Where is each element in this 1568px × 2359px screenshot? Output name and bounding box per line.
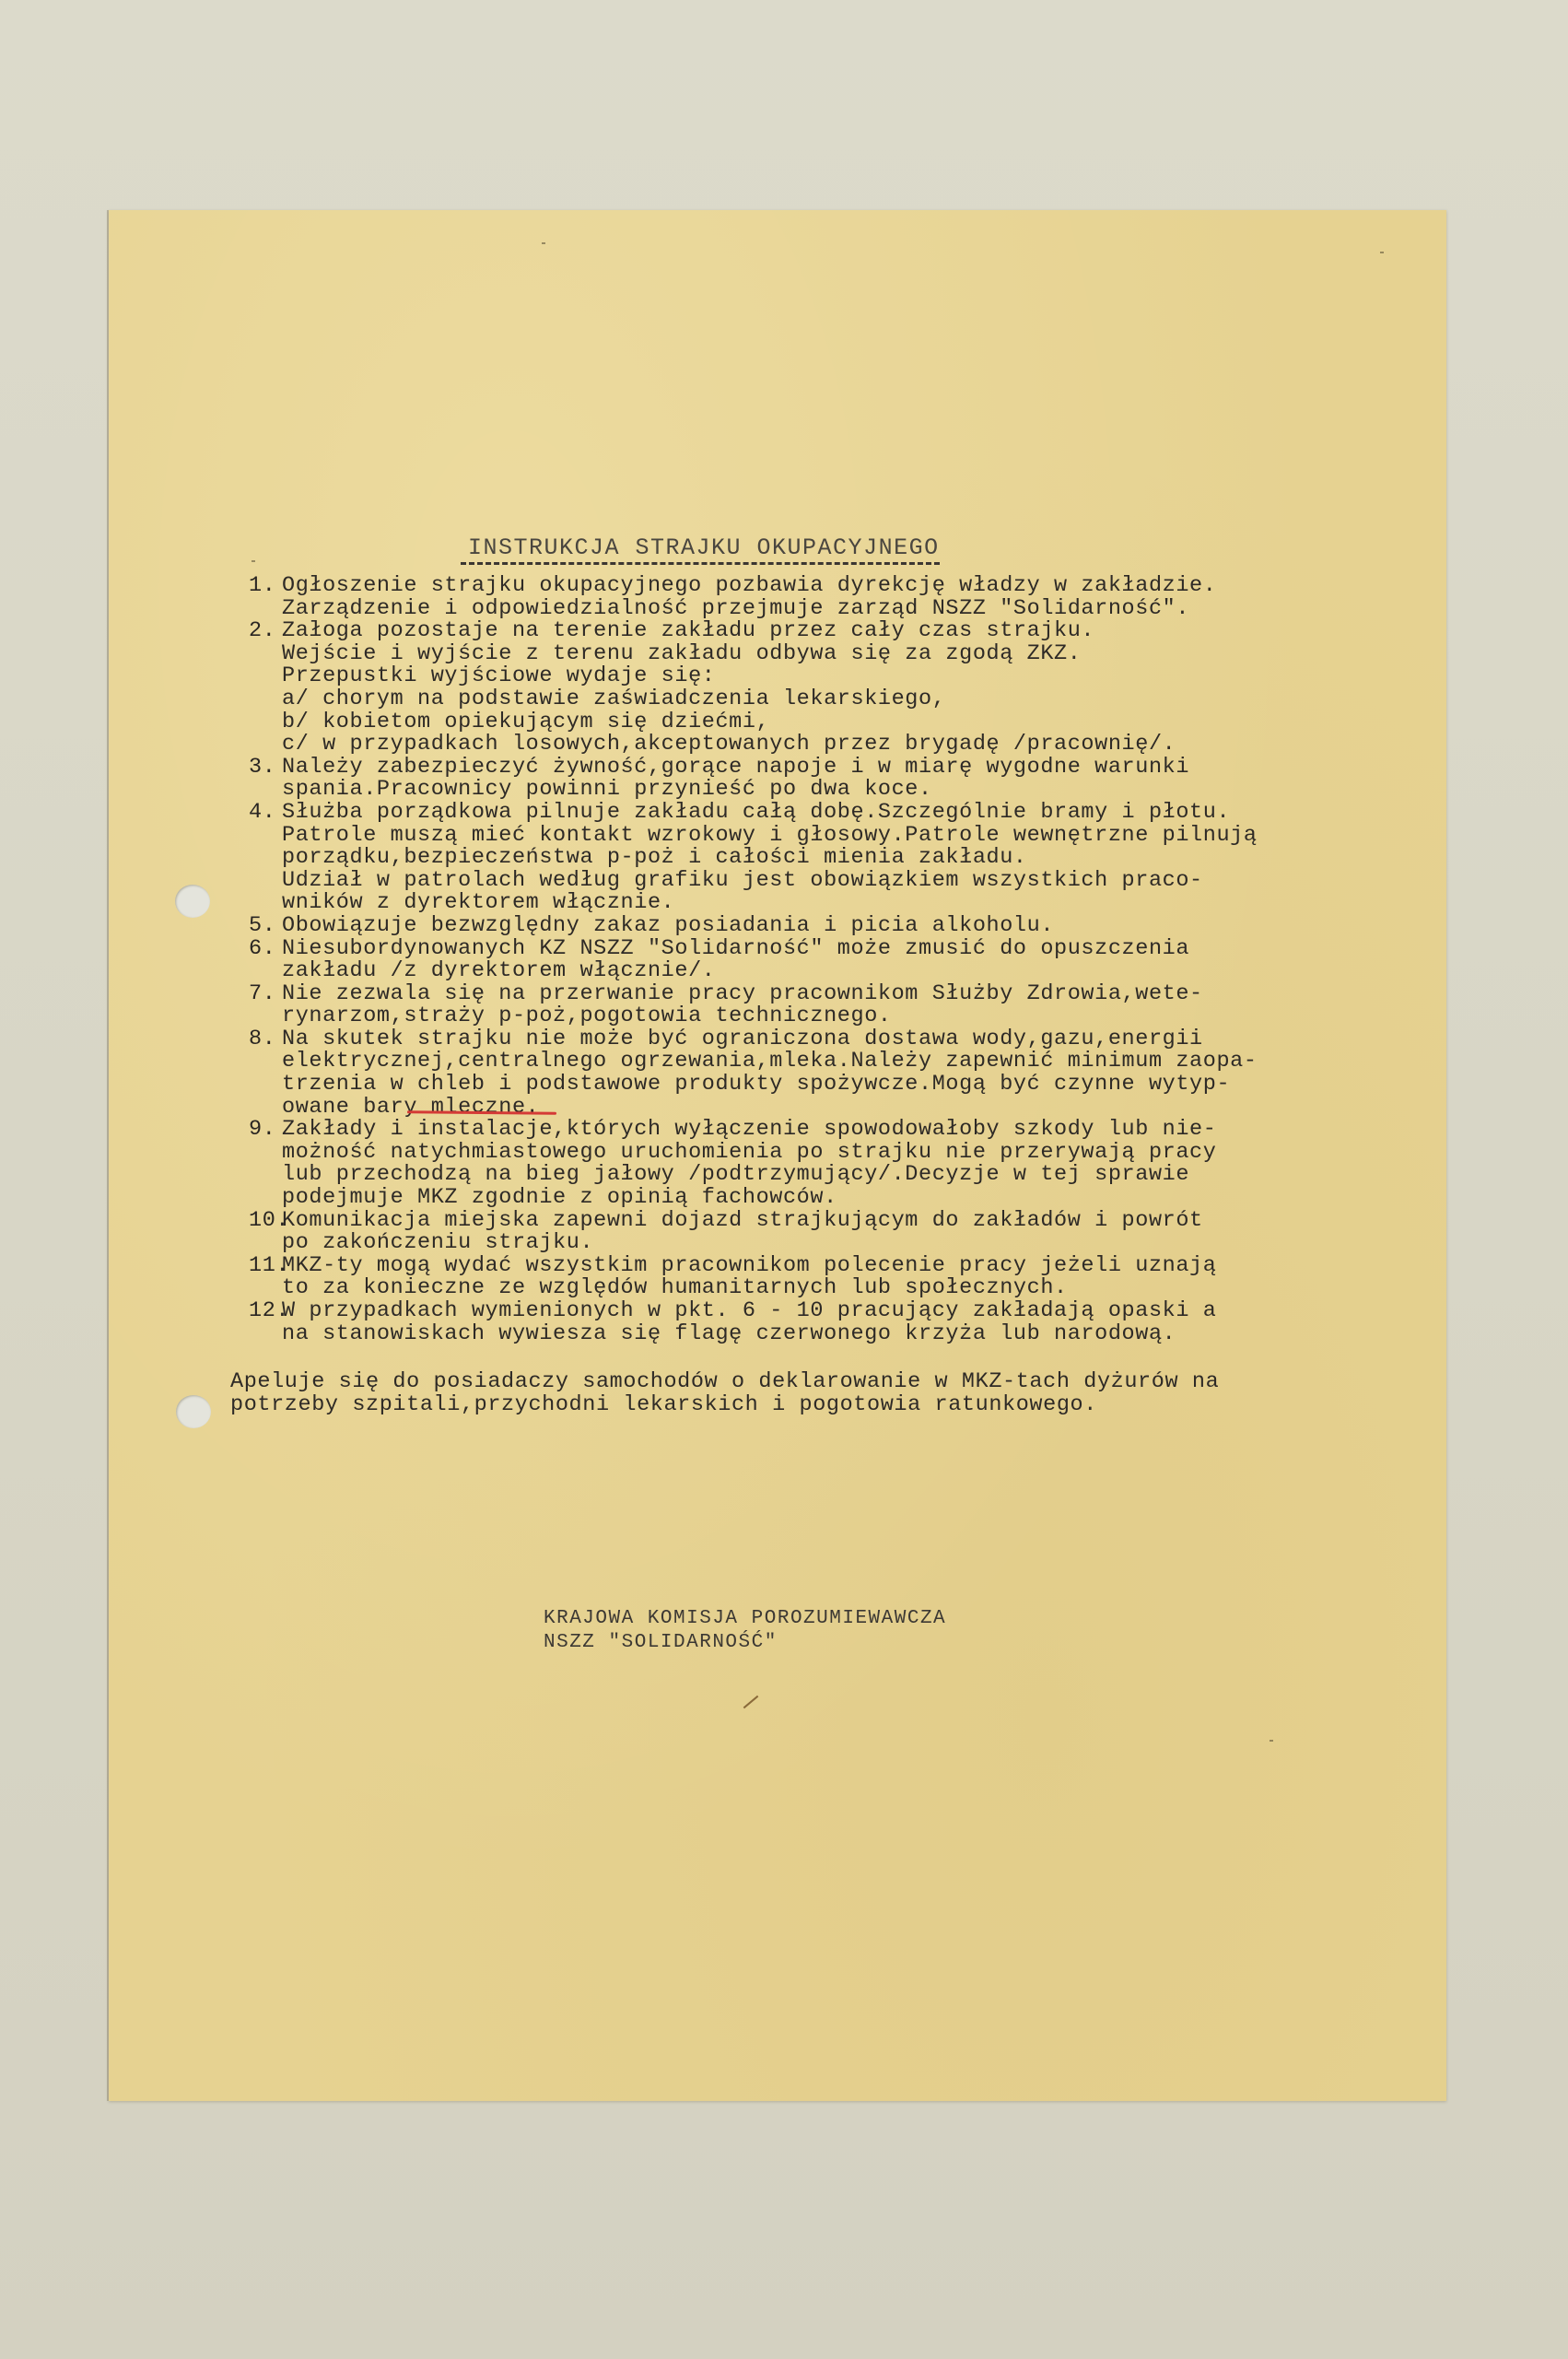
item-line: Należy zabezpieczyć żywność,gorące napoj… — [282, 757, 1336, 780]
item-line: Udział w patrolach według grafiku jest o… — [282, 870, 1336, 893]
list-item-2: 2. Załoga pozostaje na terenie zakładu p… — [249, 620, 1336, 757]
sub-item-a: a/ chorym na podstawie zaświadczenia lek… — [282, 688, 1336, 711]
appeal-paragraph: Apeluje się do posiadaczy samochodów o d… — [230, 1371, 1336, 1416]
item-line: zakładu /z dyrektorem włącznie/. — [282, 960, 1336, 983]
item-line: lub przechodzą na bieg jałowy /podtrzymu… — [282, 1164, 1336, 1187]
instruction-list: 1. Ogłoszenie strajku okupacyjnego pozba… — [249, 575, 1336, 1416]
item-line: Załoga pozostaje na terenie zakładu prze… — [282, 620, 1336, 643]
paper-speck — [1270, 1740, 1273, 1742]
item-line: Zakłady i instalacje,których wyłączenie … — [282, 1119, 1336, 1142]
list-item-1: 1. Ogłoszenie strajku okupacyjnego pozba… — [249, 575, 1336, 620]
item-line: Komunikacja miejska zapewni dojazd straj… — [282, 1210, 1336, 1233]
list-item-11: 11. MKZ-ty mogą wydać wszystkim pracowni… — [249, 1255, 1336, 1300]
item-number: 5. — [249, 915, 282, 938]
item-line: Służba porządkowa pilnuje zakładu całą d… — [282, 802, 1336, 825]
list-item-9: 9. Zakłady i instalacje,których wyłączen… — [249, 1119, 1336, 1209]
list-item-3: 3. Należy zabezpieczyć żywność,gorące na… — [249, 757, 1336, 802]
item-line: W przypadkach wymienionych w pkt. 6 - 10… — [282, 1300, 1336, 1323]
item-line: Zarządzenie i odpowiedzialność przejmuje… — [282, 598, 1336, 621]
item-line: rynarzom,straży p-poż,pogotowia technicz… — [282, 1005, 1336, 1028]
list-item-5: 5. Obowiązuje bezwzględny zakaz posiadan… — [249, 915, 1336, 938]
item-line: podejmuje MKZ zgodnie z opinią fachowców… — [282, 1187, 1336, 1210]
punch-hole-top — [175, 885, 210, 918]
item-number: 9. — [249, 1119, 282, 1142]
item-line: owane bary mleczne. — [282, 1097, 1336, 1120]
punch-hole-bottom — [176, 1395, 211, 1428]
item-line: porządku,bezpieczeństwa p-poż i całości … — [282, 847, 1336, 870]
item-number: 8. — [249, 1028, 282, 1051]
signature-block: KRAJOWA KOMISJA POROZUMIEWAWCZA NSZZ "SO… — [544, 1607, 946, 1655]
paper-speck — [542, 242, 545, 244]
item-line: trzenia w chleb i podstawowe produkty sp… — [282, 1074, 1336, 1097]
appeal-line: Apeluje się do posiadaczy samochodów o d… — [230, 1371, 1336, 1394]
item-line: Wejście i wyjście z terenu zakładu odbyw… — [282, 643, 1336, 666]
item-line: spania.Pracownicy powinni przynieść po d… — [282, 779, 1336, 802]
paper-speck — [252, 560, 255, 562]
appeal-line: potrzeby szpitali,przychodni lekarskich … — [230, 1394, 1336, 1417]
item-line: to za konieczne ze względów humanitarnyc… — [282, 1277, 1336, 1300]
item-line: Przepustki wyjściowe wydaje się: — [282, 665, 1336, 688]
item-line: Ogłoszenie strajku okupacyjnego pozbawia… — [282, 575, 1336, 598]
item-line: elektrycznej,centralnego ogrzewania,mlek… — [282, 1050, 1336, 1074]
list-item-12: 12. W przypadkach wymienionych w pkt. 6 … — [249, 1300, 1336, 1345]
item-number: 11. — [249, 1255, 282, 1278]
item-number: 10. — [249, 1210, 282, 1233]
item-line: po zakończeniu strajku. — [282, 1232, 1336, 1255]
item-number: 4. — [249, 802, 282, 825]
list-item-8: 8. Na skutek strajku nie może być ograni… — [249, 1028, 1336, 1119]
list-item-4: 4. Służba porządkowa pilnuje zakładu cał… — [249, 802, 1336, 915]
item-number: 2. — [249, 620, 282, 643]
item-line: Patrole muszą mieć kontakt wzrokowy i gł… — [282, 825, 1336, 848]
item-line: Nie zezwala się na przerwanie pracy prac… — [282, 983, 1336, 1006]
sub-item-b: b/ kobietom opiekującym się dziećmi, — [282, 711, 1336, 734]
item-number: 12. — [249, 1300, 282, 1323]
signature-line-1: KRAJOWA KOMISJA POROZUMIEWAWCZA — [544, 1607, 946, 1631]
title-underline — [461, 562, 940, 565]
item-line: wników z dyrektorem włącznie. — [282, 892, 1336, 915]
item-line: MKZ-ty mogą wydać wszystkim pracownikom … — [282, 1255, 1336, 1278]
document-title: INSTRUKCJA STRAJKU OKUPACYJNEGO — [468, 534, 940, 561]
item-line: Niesubordynowanych KZ NSZZ "Solidarność"… — [282, 938, 1336, 961]
item-line: Na skutek strajku nie może być ograniczo… — [282, 1028, 1336, 1051]
list-item-6: 6. Niesubordynowanych KZ NSZZ "Solidarno… — [249, 938, 1336, 983]
list-item-10: 10. Komunikacja miejska zapewni dojazd s… — [249, 1210, 1336, 1255]
item-number: 7. — [249, 983, 282, 1006]
list-item-7: 7. Nie zezwala się na przerwanie pracy p… — [249, 983, 1336, 1028]
item-line: możność natychmiastowego uruchomienia po… — [282, 1142, 1336, 1165]
item-line: na stanowiskach wywiesza się flagę czerw… — [282, 1323, 1336, 1346]
item-number: 3. — [249, 757, 282, 780]
paper-speck — [1380, 252, 1384, 253]
sub-item-c: c/ w przypadkach losowych,akceptowanych … — [282, 734, 1336, 757]
item-number: 1. — [249, 575, 282, 598]
item-number: 6. — [249, 938, 282, 961]
signature-line-2: NSZZ "SOLIDARNOŚĆ" — [544, 1631, 946, 1655]
item-line: Obowiązuje bezwzględny zakaz posiadania … — [282, 915, 1336, 938]
